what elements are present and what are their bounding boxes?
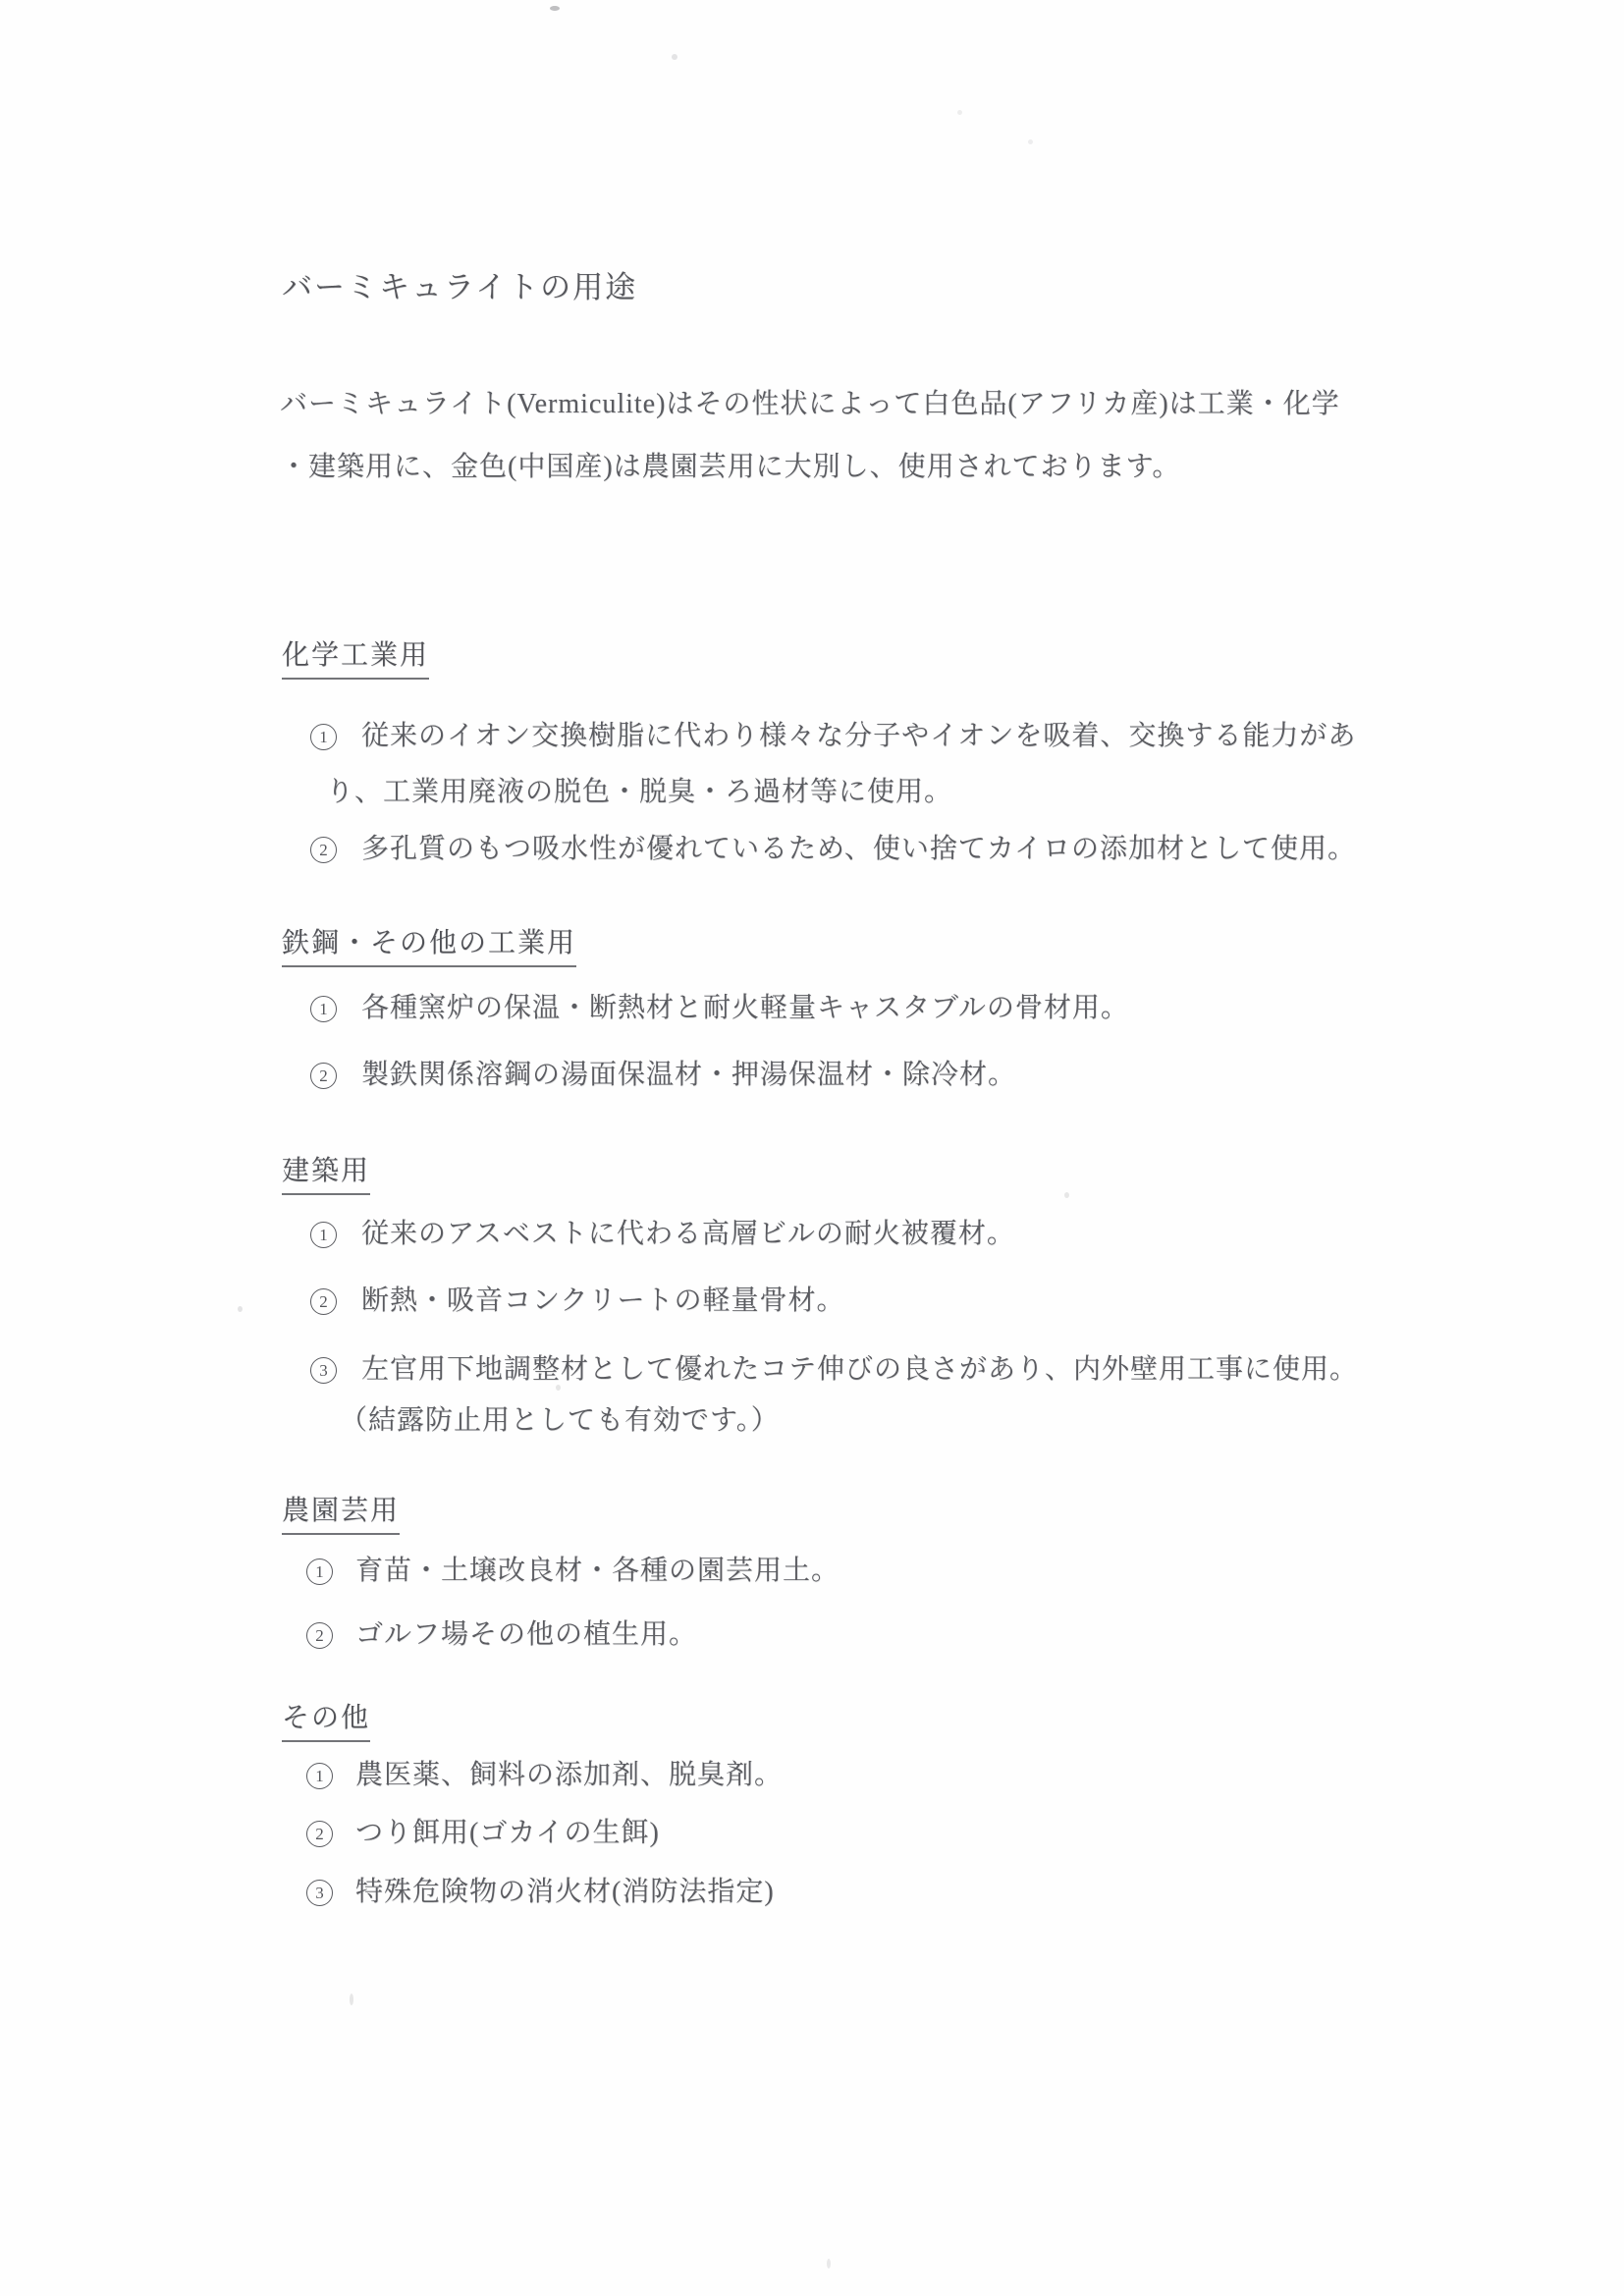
section-heading: その他 (282, 1702, 370, 1742)
item-text-line: 従来のイオン交換樹脂に代わり様々な分子やイオンを吸着、交換する能力があ (361, 720, 1356, 753)
intro-line: バーミキュライト(Vermiculite)はその性状によって白色品(アフリカ産)… (280, 388, 1340, 421)
item-text-line: （結露防止用としても有効です。） (340, 1404, 780, 1438)
item-text-line: り、工業用廃液の脱色・脱臭・ろ過材等に使用。 (326, 776, 952, 809)
item-text-line: つり餌用(ゴカイの生餌) (355, 1817, 660, 1850)
item-text-line: 特殊危険物の消火材(消防法指定) (355, 1876, 775, 1909)
scanned-document-page: バーミキュライトの用途 バーミキュライト(Vermiculite)はその性状によ… (0, 0, 1624, 2296)
section-heading: 建築用 (282, 1155, 370, 1195)
item-number-badge: 3 (306, 1880, 333, 1906)
item-text-line: 断熱・吸音コンクリートの軽量骨材。 (361, 1285, 844, 1318)
scan-speck (350, 1994, 353, 2005)
scan-speck (238, 1306, 243, 1312)
section-heading: 鉄鋼・その他の工業用 (282, 927, 576, 967)
scan-speck (1028, 139, 1033, 144)
item-number-badge: 2 (310, 837, 337, 863)
item-text-line: 製鉄関係溶鋼の湯面保温材・押湯保温材・除冷材。 (361, 1059, 1016, 1092)
item-number-badge: 1 (310, 724, 337, 750)
item-text-line: 従来のアスベストに代わる高層ビルの耐火被覆材。 (361, 1218, 1015, 1251)
item-text-line: 多孔質のもつ吸水性が優れているため、使い捨てカイロの添加材として使用。 (361, 833, 1356, 866)
item-number-badge: 2 (306, 1821, 333, 1847)
item-number-badge: 3 (310, 1357, 337, 1384)
scan-speck (957, 110, 962, 115)
intro-line: ・建築用に、金色(中国産)は農園芸用に大別し、使用されております。 (280, 451, 1180, 484)
item-text-line: ゴルフ場その他の植生用。 (355, 1618, 697, 1652)
item-number-badge: 2 (310, 1063, 337, 1089)
item-text-line: 農医薬、飼料の添加剤、脱臭剤。 (355, 1759, 783, 1792)
item-number-badge: 1 (306, 1763, 333, 1789)
scan-speck (1064, 1192, 1069, 1198)
item-number-badge: 2 (310, 1288, 337, 1315)
item-number-badge: 1 (310, 1222, 337, 1248)
item-text-line: 各種窯炉の保温・断熱材と耐火軽量キャスタブルの骨材用。 (361, 992, 1129, 1025)
scan-speck (550, 6, 560, 11)
item-number-badge: 1 (310, 996, 337, 1022)
scan-speck (827, 2259, 831, 2269)
section-heading: 農園芸用 (282, 1495, 400, 1535)
item-number-badge: 1 (306, 1558, 333, 1585)
item-number-badge: 2 (306, 1622, 333, 1649)
item-text-line: 育苗・土壌改良材・各種の園芸用土。 (355, 1555, 839, 1588)
document-title: バーミキュライトの用途 (282, 271, 637, 304)
scan-speck (672, 54, 677, 60)
item-text-line: 左官用下地調整材として優れたコテ伸びの良さがあり、内外壁用工事に使用。 (361, 1353, 1358, 1387)
section-heading: 化学工業用 (282, 639, 429, 680)
